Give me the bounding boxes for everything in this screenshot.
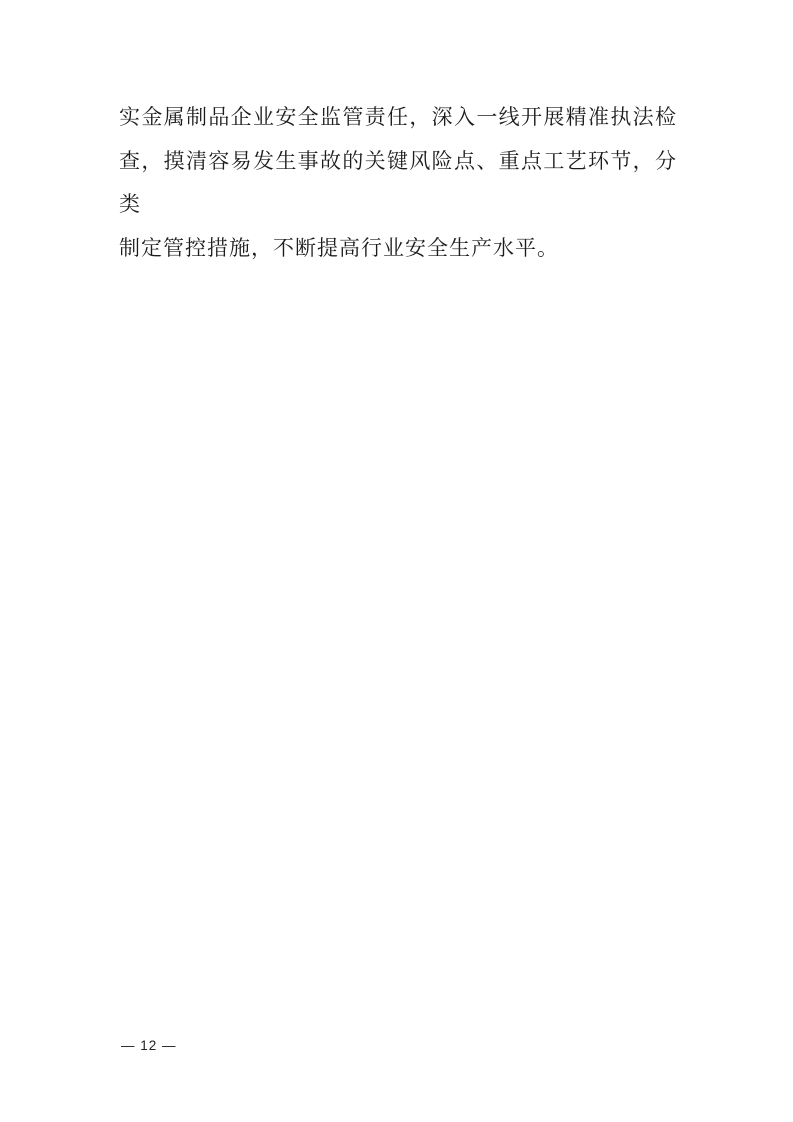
page-number: — 12 —: [121, 1036, 177, 1056]
body-text-line-2: 查，摸清容易发生事故的关键风险点、重点工艺环节，分类: [119, 140, 677, 227]
body-paragraph: 实金属制品企业安全监管责任，深入一线开展精准执法检 查，摸清容易发生事故的关键风…: [119, 96, 677, 270]
body-text-line-3: 制定管控措施，不断提高行业安全生产水平。: [119, 227, 677, 271]
body-text-line-1: 实金属制品企业安全监管责任，深入一线开展精准执法检: [119, 96, 677, 140]
document-page: 实金属制品企业安全监管责任，深入一线开展精准执法检 查，摸清容易发生事故的关键风…: [0, 0, 793, 1122]
